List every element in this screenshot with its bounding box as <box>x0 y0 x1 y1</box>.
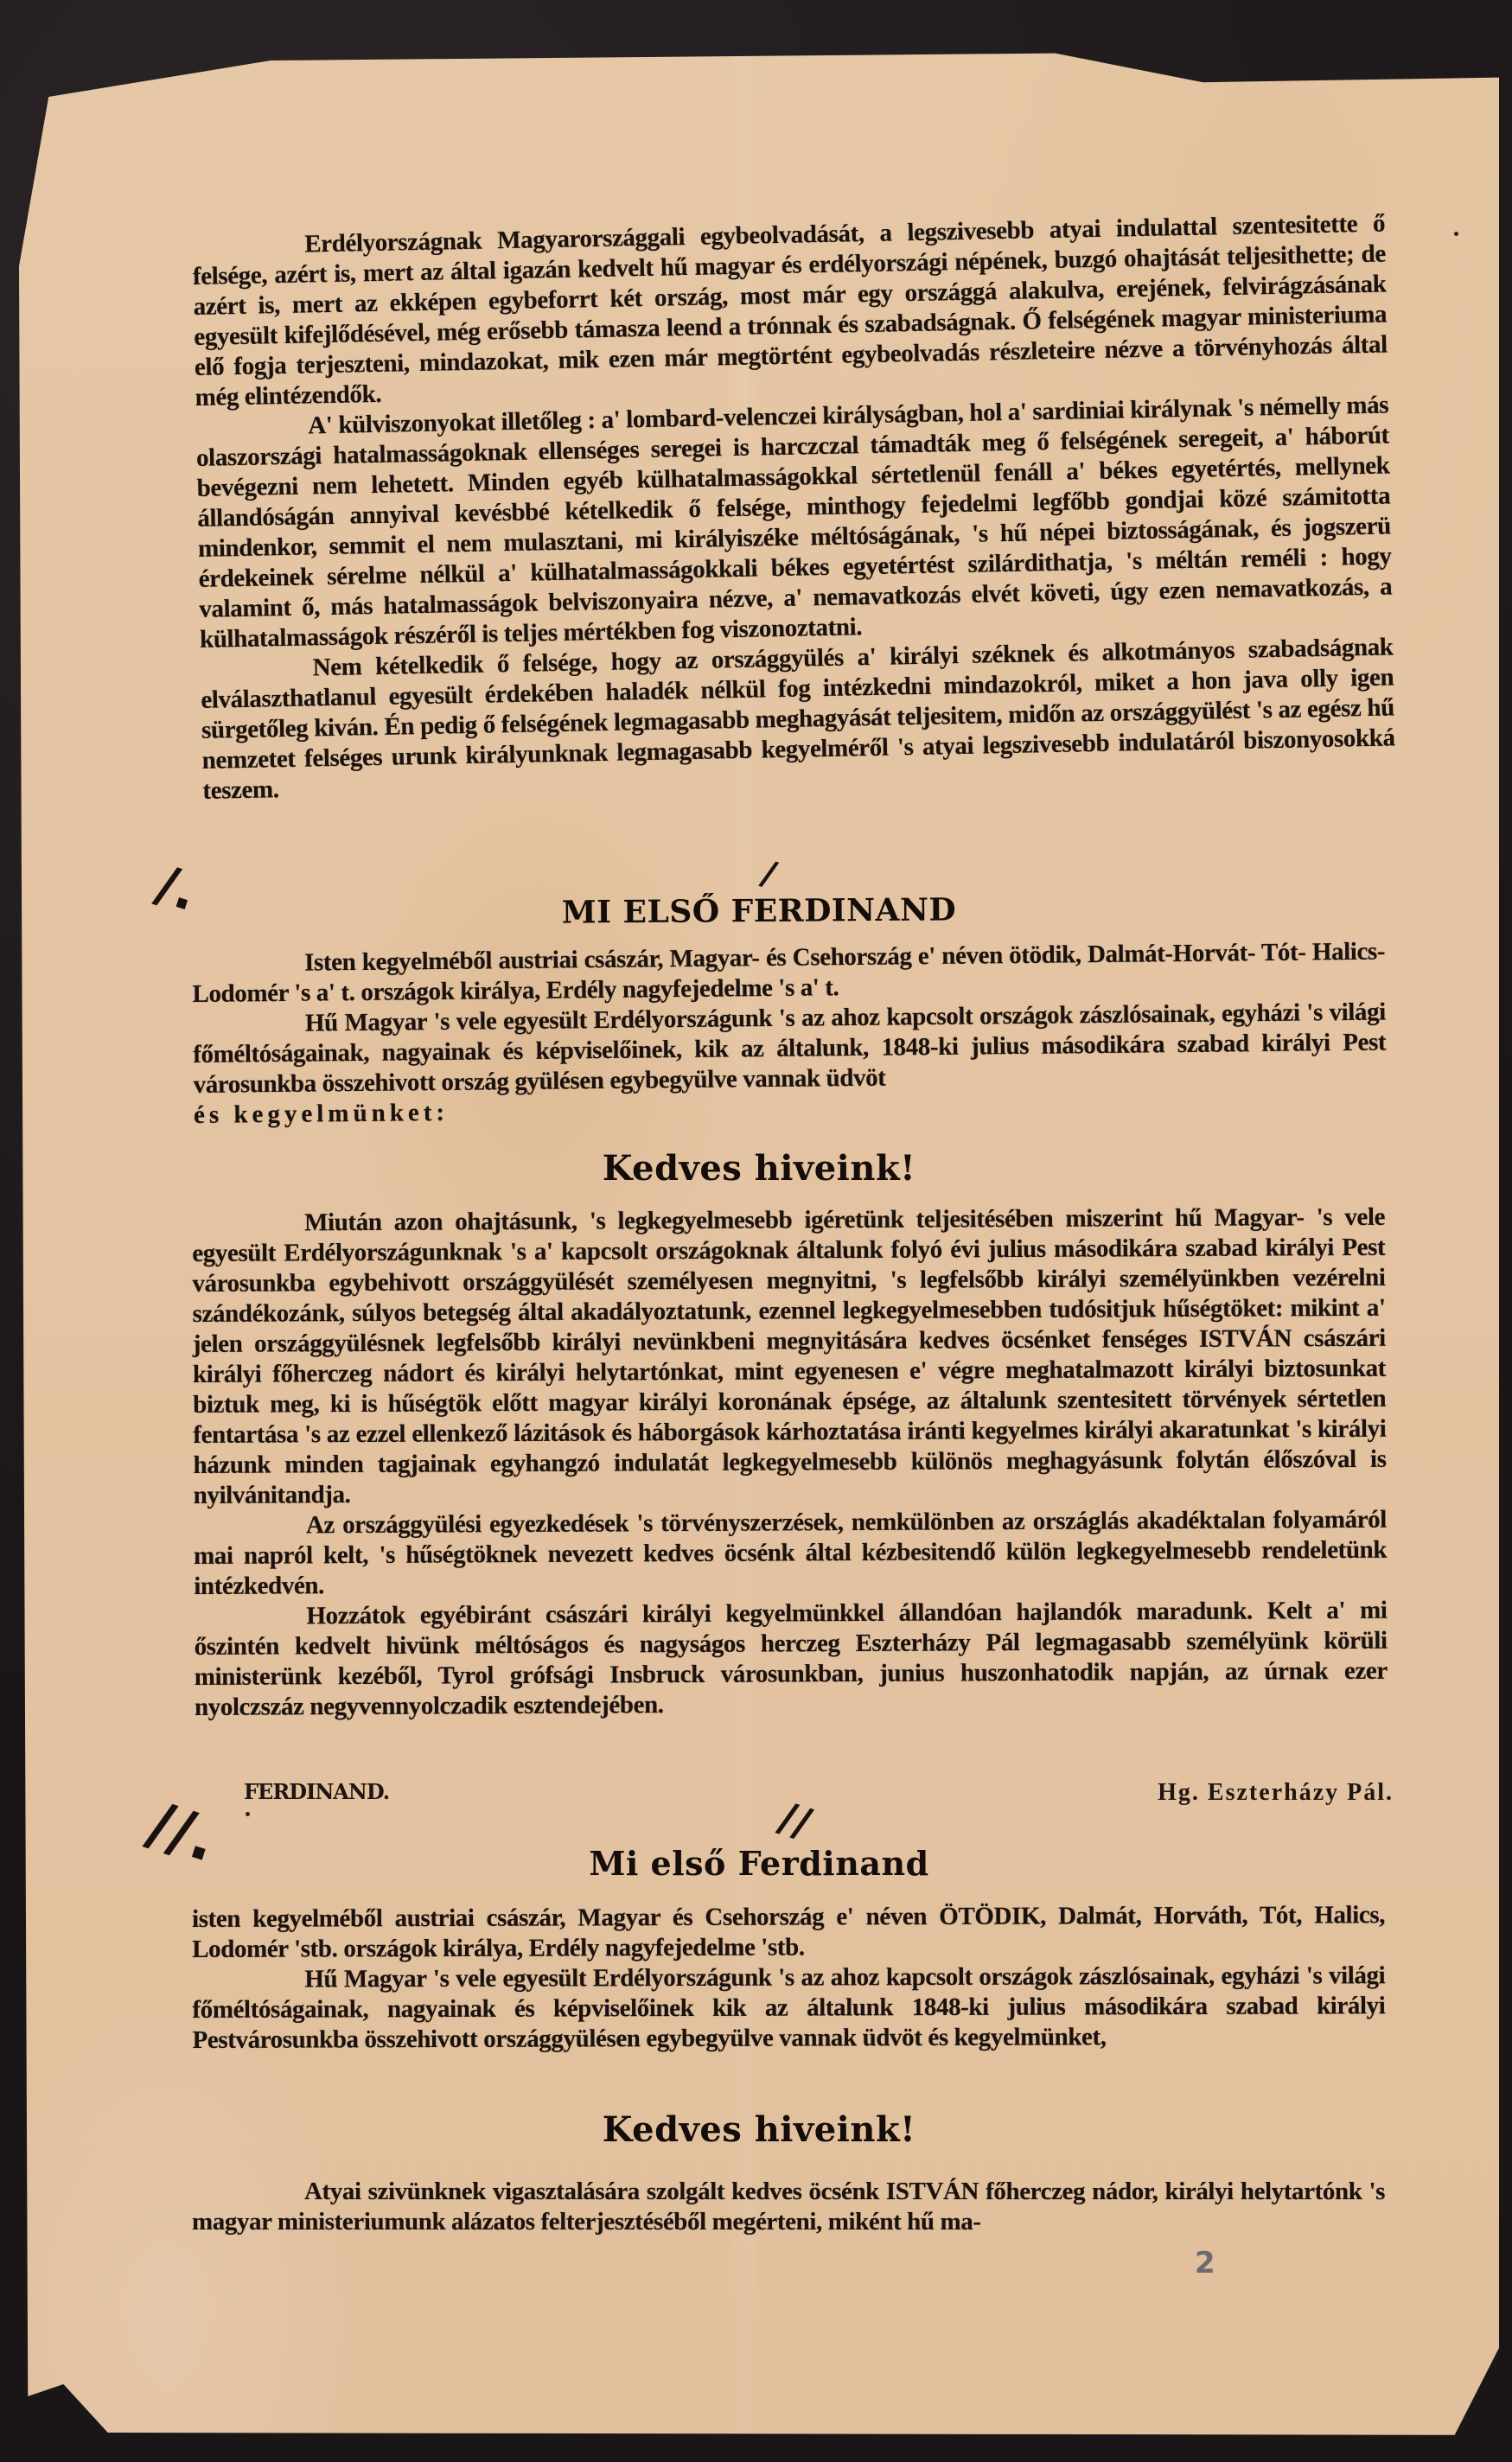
signature-ferdinand: FERDINAND. <box>244 1779 389 1804</box>
paragraph: Az országgyülési egyezkedések 's törvény… <box>194 1505 1388 1602</box>
paragraph: A' külviszonyokat illetőleg : a' lombard… <box>195 390 1393 654</box>
address-paragraph: Hű Magyar 's vele egyesült Erdélyországu… <box>193 998 1387 1100</box>
paragraph: Nem kételkedik ő felsége, hogy az ország… <box>200 632 1395 806</box>
address-paragraph: Hű Magyar 's vele egyesült Erdélyországu… <box>192 1961 1385 2056</box>
section-royal-title: Isten kegyelméből austriai császár, Magy… <box>192 937 1387 1131</box>
section-rescript-body: Miután azon ohajtásunk, 's legkegyelmese… <box>192 1202 1388 1723</box>
heading-kedves-hiveink-2: Kedves hiveink! <box>19 2109 1499 2150</box>
paragraph: Hozzátok egyébiránt császári királyi keg… <box>194 1596 1388 1723</box>
paragraph: Miután azon ohajtásunk, 's legkegyelmese… <box>192 1202 1387 1511</box>
paragraph: Atyai szivünknek vigasztalására szolgált… <box>192 2177 1385 2237</box>
paragraph: Erdélyországnak Magyarországgali egybeol… <box>192 209 1388 413</box>
heading-kedves-hiveink: Kedves hiveink! <box>19 1148 1499 1189</box>
document-page: Erdélyországnak Magyarországgali egybeol… <box>19 24 1499 2445</box>
title-line: isten kegyelméből austriai császár, Magy… <box>192 1900 1385 1965</box>
page-number-stamp: 2 <box>1195 2246 1215 2280</box>
section-second-rescript: Atyai szivünknek vigasztalására szolgált… <box>192 2177 1385 2237</box>
section-royal-title-2: isten kegyelméből austriai császár, Magy… <box>192 1900 1386 2056</box>
margin-mark-icon: // <box>773 1793 817 1848</box>
ink-speck <box>246 1812 250 1816</box>
signature-eszterhazy: Hg. Eszterházy Pál. <box>1158 1779 1394 1807</box>
section-union-of-transylvania: Erdélyországnak Magyarországgali egybeol… <box>192 209 1396 807</box>
heading-mi-elso-ferdinand-2: Mi első Ferdinand <box>19 1844 1499 1883</box>
ink-speck <box>1454 232 1458 236</box>
heading-mi-elso-ferdinand: MI ELSŐ FERDINAND <box>19 888 1499 934</box>
margin-mark-icon: / <box>756 853 781 895</box>
